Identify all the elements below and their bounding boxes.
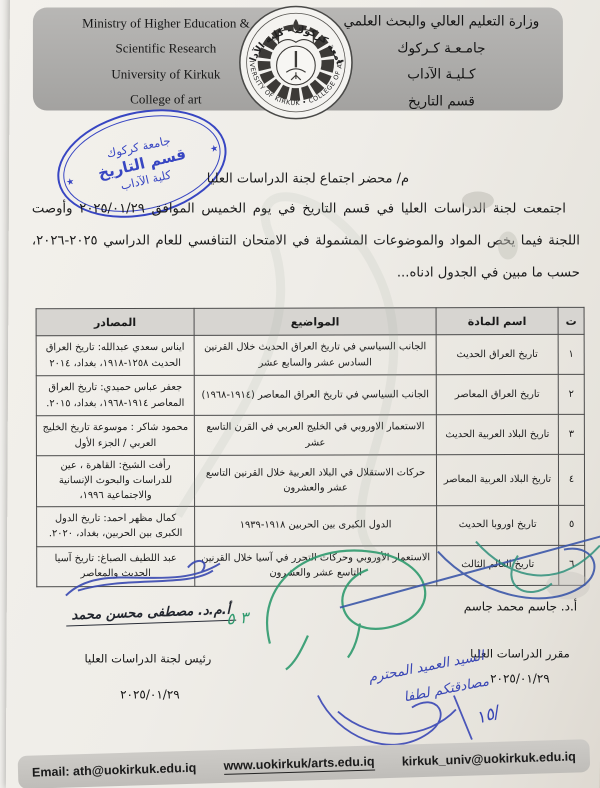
cell-source: عبد اللطيف الصباغ: تاريخ آسيا الحديث وال… — [37, 546, 195, 586]
green-ink-marks: ٣ ٥ — [225, 601, 321, 628]
cell-topic: الاستعمار الاوروبي في الخليج العربي في ا… — [194, 415, 436, 456]
cell-topic: الدول الكبرى بين الحربين ١٩١٨‏-‏١٩٣٩ — [195, 505, 437, 546]
cell-source: ايناس سعدي عبدالله: تاريخ العراق الحديث … — [36, 335, 194, 375]
footer-email: Email: ath@uokirkuk.edu.iq — [32, 760, 197, 779]
cell-subject: تاريخ اوروبا الحديث — [437, 505, 559, 545]
document-page: Ministry of Higher Education & Scientifi… — [6, 0, 600, 788]
footer-bar: Email: ath@uokirkuk.edu.iq www.uokirkuk/… — [18, 739, 591, 788]
table-row: ٤ تاريخ البلاد العربية المعاصر حركات الا… — [36, 454, 584, 506]
col-sources-header: المصادر — [36, 308, 194, 335]
photo-background: Ministry of Higher Education & Scientifi… — [0, 0, 600, 788]
cell-topic: الجانب السياسي في تاريخ العراق الحديث خل… — [194, 335, 436, 376]
cell-index: ٦ — [559, 545, 585, 585]
table-row: ٦ تاريخ العالم الثالث الاستعمار الأوروبي… — [37, 545, 585, 586]
cell-index: ١ — [558, 334, 584, 374]
coordinator-name: أ.د. جاسم محمد جاسم — [438, 600, 600, 614]
header-ar-line: قسم التاريخ — [408, 94, 475, 110]
cell-source: جعفر عباس حميدي: تاريخ العراق المعاصر ١٩… — [36, 375, 194, 415]
header-en-line: Ministry of Higher Education & — [82, 16, 250, 32]
cell-index: ٤ — [558, 454, 584, 505]
footer-email-right: kirkuk_univ@uokirkuk.edu.iq — [402, 749, 576, 768]
dean-approval-note: السيد العميد المحترم مصادقتكم لطفا — [305, 643, 492, 728]
cell-source: كمال مظهر احمد: تاريخ الدول الكبرى بين ا… — [37, 506, 195, 546]
cell-source: رأفت الشيخ: القاهرة ، عين للدراسات والبح… — [36, 455, 194, 506]
subject-line: م/ محضر اجتماع لجنة الدراسات العليا — [158, 172, 458, 187]
cell-index: ٥ — [559, 505, 585, 545]
cell-index: ٢ — [558, 374, 584, 414]
ministry-arabic-block: وزارة التعليم العالي والبحث العلمي جامـع… — [334, 14, 549, 110]
cell-index: ٣ — [558, 414, 584, 454]
cell-subject: تاريخ البلاد العربية الحديث — [436, 414, 558, 454]
col-index-header: ت — [558, 307, 584, 334]
cell-subject: تاريخ البلاد العربية المعاصر — [436, 454, 558, 505]
exam-subjects-table: ت اسم المادة المواضيع المصادر ١ تاريخ ال… — [36, 307, 586, 587]
header-en-line: Scientific Research — [116, 41, 217, 57]
header-en-line: University of Kirkuk — [111, 66, 220, 82]
cell-topic: الجانب السياسي في تاريخ العراق المعاصر (… — [194, 375, 436, 416]
cell-topic: حركات الاستقلال في البلاد العربية خلال ا… — [194, 455, 436, 506]
header-ar-line: كـليـة الآداب — [407, 67, 475, 83]
header-ar-line: جامـعـة كـركوك — [397, 40, 485, 56]
cell-subject: تاريخ العالم الثالث — [437, 545, 559, 585]
cell-topic: الاستعمار الأوروبي وحركات التحرر في آسيا… — [195, 545, 437, 586]
cell-subject: تاريخ العراق الحديث — [436, 334, 558, 374]
table-row: ١ تاريخ العراق الحديث الجانب السياسي في … — [36, 334, 584, 375]
university-seal: جامعة كركوك - كلية الآداب UNIVERSITY OF … — [238, 5, 354, 121]
col-topics-header: المواضيع — [194, 308, 436, 336]
seal-minaret-icon — [295, 51, 297, 67]
approval-mark: ١٥/ — [473, 702, 502, 728]
committee-chair-date: ٢٠٢٥/٠١/٢٩ — [60, 688, 240, 702]
col-subject-header: اسم المادة — [436, 307, 558, 334]
meeting-paragraph: اجتمعت لجنة الدراسات العليا في قسم التار… — [32, 194, 580, 290]
cell-source: محمود شاكر : موسوعة تاريخ الخليج العربي … — [36, 415, 194, 455]
cell-subject: تاريخ العراق المعاصر — [436, 374, 558, 414]
footer-website: www.uokirkuk/arts.edu.iq — [223, 754, 374, 774]
table-header-row: ت اسم المادة المواضيع المصادر — [36, 307, 584, 335]
committee-chair-name: أ.م.د. مصطفى محسن محمد — [66, 603, 237, 627]
committee-chair-title: رئيس لجنة الدراسات العليا — [48, 652, 248, 666]
header-ar-line: وزارة التعليم العالي والبحث العلمي — [344, 14, 540, 30]
table-row: ٥ تاريخ اوروبا الحديث الدول الكبرى بين ا… — [37, 505, 585, 546]
table-row: ٣ تاريخ البلاد العربية الحديث الاستعمار … — [36, 414, 584, 455]
table-row: ٢ تاريخ العراق المعاصر الجانب السياسي في… — [36, 374, 584, 415]
